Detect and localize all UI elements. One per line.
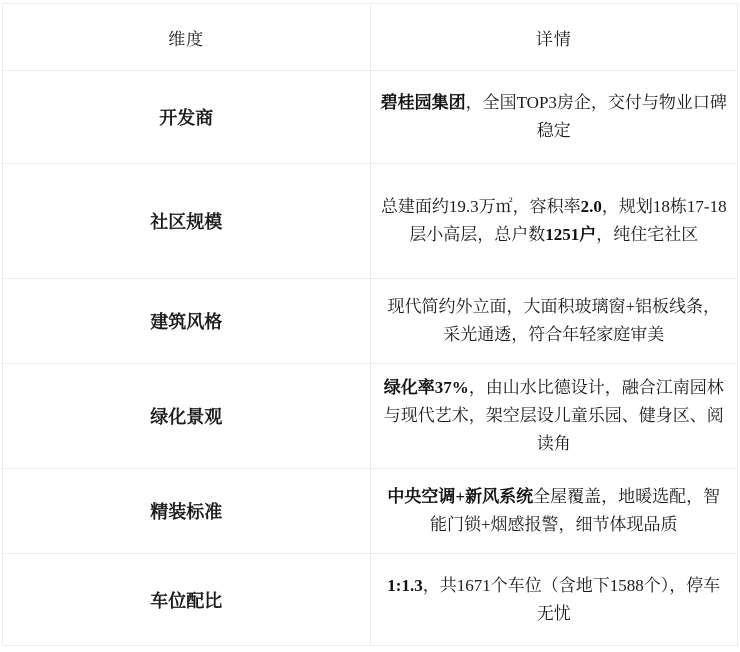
table-row: 车位配比1:1.3，共1671个车位（含地下1588个），停车无忧 — [3, 554, 738, 646]
detail-cell: 中央空调+新风系统全屋覆盖，地暖选配，智能门锁+烟感报警，细节体现品质 — [370, 469, 738, 554]
table-row: 社区规模总建面约19.3万㎡，容积率2.0，规划18栋17-18层小高层，总户数… — [3, 164, 738, 279]
detail-highlight: 碧桂园集团 — [381, 93, 466, 112]
detail-highlight: 2.0 — [581, 197, 602, 216]
dimension-cell: 车位配比 — [3, 554, 371, 646]
detail-text: ，全国TOP3房企，交付与物业口碑稳定 — [466, 93, 727, 140]
dimension-cell: 精装标准 — [3, 469, 371, 554]
detail-text: ，纯住宅社区 — [596, 225, 698, 244]
detail-highlight: 1:1.3 — [387, 576, 422, 595]
detail-cell: 1:1.3，共1671个车位（含地下1588个），停车无忧 — [370, 554, 738, 646]
header-row: 维度 详情 — [3, 4, 738, 71]
detail-highlight: 中央空调+新风系统 — [387, 487, 533, 506]
dimension-cell: 社区规模 — [3, 164, 371, 279]
dimension-cell: 建筑风格 — [3, 279, 371, 364]
detail-text: 总建面约19.3万㎡，容积率 — [381, 197, 581, 216]
detail-text: ，共1671个车位（含地下1588个），停车无忧 — [423, 576, 721, 623]
detail-cell: 现代简约外立面，大面积玻璃窗+铝板线条，采光通透，符合年轻家庭审美 — [370, 279, 738, 364]
col-header-detail: 详情 — [370, 4, 738, 71]
dimension-cell: 绿化景观 — [3, 364, 371, 469]
detail-cell: 总建面约19.3万㎡，容积率2.0，规划18栋17-18层小高层，总户数1251… — [370, 164, 738, 279]
table-row: 绿化景观绿化率37%，由山水比德设计，融合江南园林与现代艺术，架空层设儿童乐园、… — [3, 364, 738, 469]
property-info-table: 维度 详情 开发商碧桂园集团，全国TOP3房企，交付与物业口碑稳定社区规模总建面… — [2, 3, 738, 646]
table-header: 维度 详情 — [3, 4, 738, 71]
detail-highlight: 1251户 — [545, 225, 596, 244]
table-row: 开发商碧桂园集团，全国TOP3房企，交付与物业口碑稳定 — [3, 71, 738, 164]
detail-cell: 碧桂园集团，全国TOP3房企，交付与物业口碑稳定 — [370, 71, 738, 164]
table-row: 精装标准中央空调+新风系统全屋覆盖，地暖选配，智能门锁+烟感报警，细节体现品质 — [3, 469, 738, 554]
table-row: 建筑风格现代简约外立面，大面积玻璃窗+铝板线条，采光通透，符合年轻家庭审美 — [3, 279, 738, 364]
dimension-cell: 开发商 — [3, 71, 371, 164]
detail-highlight: 绿化率37% — [384, 378, 469, 397]
property-info-section: 维度 详情 开发商碧桂园集团，全国TOP3房企，交付与物业口碑稳定社区规模总建面… — [2, 3, 738, 646]
detail-text: 现代简约外立面，大面积玻璃窗+铝板线条，采光通透，符合年轻家庭审美 — [387, 297, 720, 344]
col-header-dimension: 维度 — [3, 4, 371, 71]
table-body: 开发商碧桂园集团，全国TOP3房企，交付与物业口碑稳定社区规模总建面约19.3万… — [3, 71, 738, 646]
detail-cell: 绿化率37%，由山水比德设计，融合江南园林与现代艺术，架空层设儿童乐园、健身区、… — [370, 364, 738, 469]
